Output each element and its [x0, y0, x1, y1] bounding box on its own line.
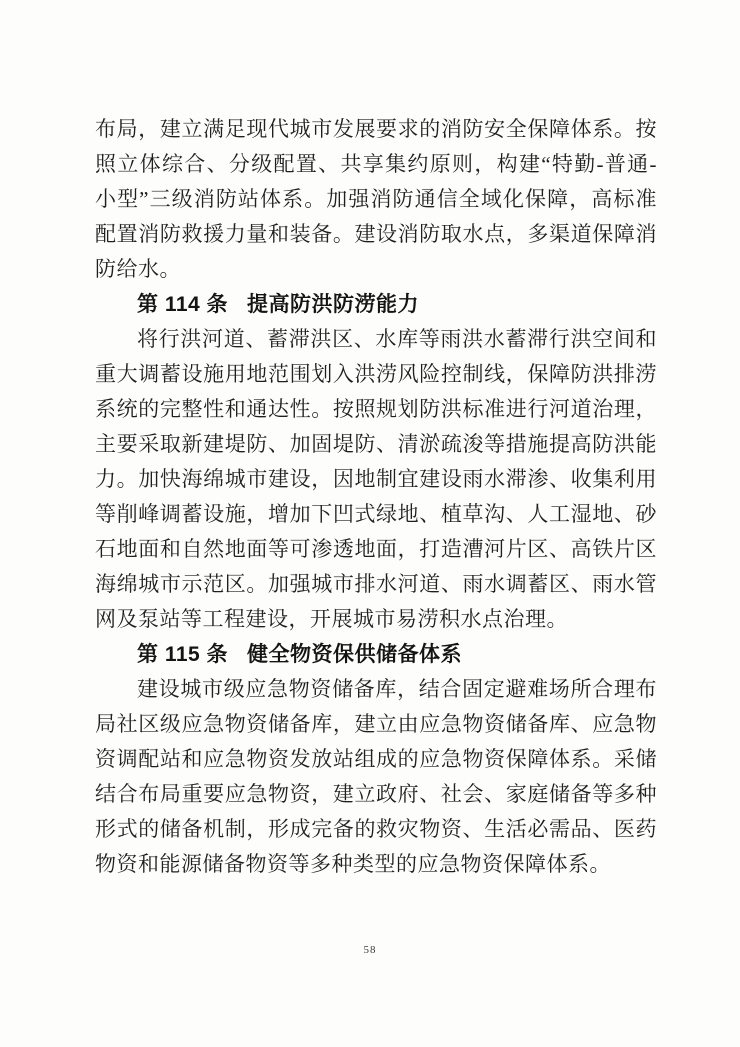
article-title-114: 提高防洪防涝能力 [247, 293, 419, 316]
page-number: 58 [0, 944, 740, 956]
paragraph-emergency-supplies: 建设城市级应急物资储备库，结合固定避难场所合理布局社区级应急物资储备库，建立由应… [95, 672, 657, 882]
article-heading-114: 第 114 条提高防洪防涝能力 [95, 287, 657, 322]
article-number-115: 第 115 条 [137, 643, 228, 666]
paragraph-fire-safety-continuation: 布局，建立满足现代城市发展要求的消防安全保障体系。按照立体综合、分级配置、共享集… [95, 112, 657, 287]
article-number-114: 第 114 条 [137, 293, 228, 316]
document-page: 布局，建立满足现代城市发展要求的消防安全保障体系。按照立体综合、分级配置、共享集… [0, 0, 740, 1047]
article-heading-115: 第 115 条健全物资保供储备体系 [95, 637, 657, 672]
document-body: 布局，建立满足现代城市发展要求的消防安全保障体系。按照立体综合、分级配置、共享集… [95, 112, 657, 882]
paragraph-flood-control: 将行洪河道、蓄滞洪区、水库等雨洪水蓄滞行洪空间和重大调蓄设施用地范围划入洪涝风险… [95, 322, 657, 637]
article-title-115: 健全物资保供储备体系 [247, 643, 462, 666]
